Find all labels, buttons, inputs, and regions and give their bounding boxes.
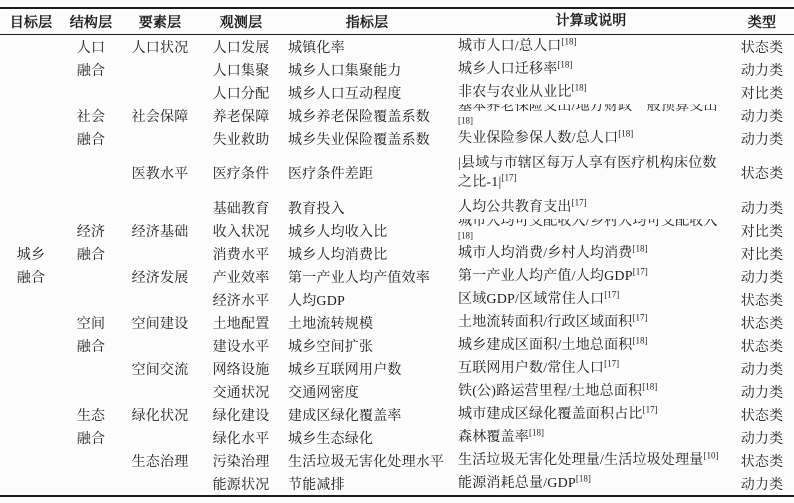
citation-superscript: [18]	[458, 230, 473, 240]
cell-calculation: 区域GDP/区域常住人口[17]	[452, 288, 730, 311]
calculation-text: 非农与农业从业比[18]	[458, 83, 587, 102]
cell-target-layer	[0, 472, 62, 495]
column-header-indicator-layer: 指标层	[282, 9, 452, 34]
cell-type: 动力类	[730, 380, 794, 403]
indicator-system-table: 目标层 结构层 要素层 观测层 指标层 计算或说明 类型 人口 人口状况 人口发…	[0, 7, 794, 497]
citation-superscript: [17]	[572, 197, 587, 207]
cell-type: 状态类	[730, 403, 794, 426]
calculation-text: 铁(公)路运营里程/土地总面积[18]	[458, 382, 657, 401]
cell-target-layer	[0, 311, 62, 334]
citation-superscript: [18]	[562, 36, 577, 46]
calculation-text: 城市人均消费/乡村人均消费[18]	[458, 244, 648, 263]
cell-observation-layer: 人口分配	[200, 81, 282, 104]
cell-structure-layer: 融合	[62, 334, 120, 357]
cell-indicator-layer: 城乡人口集聚能力	[282, 58, 452, 81]
cell-indicator-layer: 交通网密度	[282, 380, 452, 403]
citation-superscript: [18]	[633, 335, 648, 345]
citation-superscript: [18]	[618, 128, 633, 138]
cell-structure-layer: 融合	[62, 127, 120, 150]
table-header-row: 目标层 结构层 要素层 观测层 指标层 计算或说明 类型	[0, 9, 794, 35]
column-header-calculation: 计算或说明	[452, 9, 730, 34]
cell-indicator-layer: 城乡空间扩张	[282, 334, 452, 357]
cell-structure-layer: 融合	[62, 426, 120, 449]
cell-structure-layer: 生态	[62, 403, 120, 426]
cell-observation-layer: 网络设施	[200, 357, 282, 380]
calculation-text: 生活垃圾无害化处理量/生活垃圾处理量[10]	[458, 451, 719, 470]
cell-target-layer	[0, 426, 62, 449]
cell-calculation: 互联网用户数/常住人口[17]	[452, 357, 730, 380]
calculation-text: 城市人均可支配收入/乡村人均可支配收入[18]	[458, 219, 726, 242]
cell-observation-layer: 养老保障	[200, 104, 282, 127]
cell-type: 对比类	[730, 219, 794, 242]
cell-calculation: 城乡建成区面积/土地总面积[18]	[452, 334, 730, 357]
citation-superscript: [17]	[604, 358, 619, 368]
cell-calculation: 非农与农业从业比[18]	[452, 81, 730, 104]
paper-page: 目标层 结构层 要素层 观测层 指标层 计算或说明 类型 人口 人口状况 人口发…	[0, 0, 794, 503]
table-row: 融合 绿化水平 城乡生态绿化 森林覆盖率[18] 动力类	[0, 426, 794, 449]
cell-type: 状态类	[730, 150, 794, 196]
cell-structure-layer	[62, 150, 120, 196]
cell-calculation: 城市建成区绿化覆盖面积占比[17]	[452, 403, 730, 426]
calculation-text: 能源消耗总量/GDP[18]	[458, 474, 591, 493]
column-header-observation-layer: 观测层	[200, 9, 282, 34]
citation-superscript: [18]	[458, 115, 473, 125]
cell-element-layer	[120, 196, 200, 219]
cell-element-layer	[120, 242, 200, 265]
cell-element-layer: 生态治理	[120, 449, 200, 472]
cell-structure-layer	[62, 357, 120, 380]
cell-indicator-layer: 城乡人均消费比	[282, 242, 452, 265]
cell-type: 动力类	[730, 196, 794, 219]
cell-observation-layer: 消费水平	[200, 242, 282, 265]
cell-type: 动力类	[730, 265, 794, 288]
cell-element-layer: 经济发展	[120, 265, 200, 288]
cell-observation-layer: 收入状况	[200, 219, 282, 242]
cell-type: 状态类	[730, 35, 794, 58]
cell-indicator-layer: 第一产业人均产值效率	[282, 265, 452, 288]
cell-calculation: 基本养老保险支出/地方财政一般预算支出[18]	[452, 104, 730, 127]
table-body: 人口 人口状况 人口发展 城镇化率 城市人口/总人口[18] 状态类 融合 人口…	[0, 35, 794, 495]
cell-calculation: 城市人均消费/乡村人均消费[18]	[452, 242, 730, 265]
table-row: 融合 建设水平 城乡空间扩张 城乡建成区面积/土地总面积[18] 状态类	[0, 334, 794, 357]
cell-target-layer	[0, 403, 62, 426]
cell-element-layer	[120, 426, 200, 449]
cell-observation-layer: 建设水平	[200, 334, 282, 357]
cell-observation-layer: 能源状况	[200, 472, 282, 495]
table-row: 空间交流 网络设施 城乡互联网用户数 互联网用户数/常住人口[17] 动力类	[0, 357, 794, 380]
cell-calculation: 城乡人口迁移率[18]	[452, 58, 730, 81]
table-row: 城乡 融合 消费水平 城乡人均消费比 城市人均消费/乡村人均消费[18] 对比类	[0, 242, 794, 265]
calculation-text: 区域GDP/区域常住人口[17]	[458, 290, 619, 309]
cell-element-layer: 空间建设	[120, 311, 200, 334]
table-row: 生态治理 污染治理 生活垃圾无害化处理水平 生活垃圾无害化处理量/生活垃圾处理量…	[0, 449, 794, 472]
cell-element-layer	[120, 380, 200, 403]
cell-target-layer	[0, 104, 62, 127]
calculation-text: 人均公共教育支出[17]	[458, 198, 587, 217]
cell-observation-layer: 失业救助	[200, 127, 282, 150]
cell-indicator-layer: 土地流转规模	[282, 311, 452, 334]
cell-target-layer	[0, 380, 62, 403]
table-row: 融合 人口集聚 城乡人口集聚能力 城乡人口迁移率[18] 动力类	[0, 58, 794, 81]
citation-superscript: [10]	[704, 450, 719, 460]
calculation-text: 城市人口/总人口[18]	[458, 37, 577, 56]
cell-structure-layer	[62, 472, 120, 495]
table-row: 空间 空间建设 土地配置 土地流转规模 土地流转面积/行政区域面积[17] 状态…	[0, 311, 794, 334]
citation-superscript: [18]	[572, 82, 587, 92]
cell-type: 对比类	[730, 242, 794, 265]
table-row: 人口 人口状况 人口发展 城镇化率 城市人口/总人口[18] 状态类	[0, 35, 794, 58]
cell-element-layer: 经济基础	[120, 219, 200, 242]
cell-observation-layer: 医疗条件	[200, 150, 282, 196]
calculation-text: 第一产业人均产值/人均GDP[17]	[458, 267, 648, 286]
citation-superscript: [17]	[633, 312, 648, 322]
cell-element-layer: 医教水平	[120, 150, 200, 196]
cell-indicator-layer: 城乡人均收入比	[282, 219, 452, 242]
cell-indicator-layer: 城乡养老保险覆盖系数	[282, 104, 452, 127]
cell-indicator-layer: 人均GDP	[282, 288, 452, 311]
cell-element-layer	[120, 472, 200, 495]
calculation-text: 城市建成区绿化覆盖面积占比[17]	[458, 405, 658, 424]
cell-calculation: 土地流转面积/行政区域面积[17]	[452, 311, 730, 334]
table-row: 融合 经济发展 产业效率 第一产业人均产值效率 第一产业人均产值/人均GDP[1…	[0, 265, 794, 288]
cell-calculation: 人均公共教育支出[17]	[452, 196, 730, 219]
table-row: 医教水平 医疗条件 医疗条件差距 |县域与市辖区每万人享有医疗机构床位数之比-1…	[0, 150, 794, 196]
cell-target-layer: 融合	[0, 265, 62, 288]
column-header-element-layer: 要素层	[120, 9, 200, 34]
cell-target-layer	[0, 150, 62, 196]
cell-type: 状态类	[730, 449, 794, 472]
cell-calculation: 失业保险参保人数/总人口[18]	[452, 127, 730, 150]
cell-observation-layer: 经济水平	[200, 288, 282, 311]
cell-structure-layer	[62, 265, 120, 288]
cell-element-layer: 绿化状况	[120, 403, 200, 426]
cell-observation-layer: 绿化水平	[200, 426, 282, 449]
cell-structure-layer	[62, 196, 120, 219]
cell-target-layer	[0, 357, 62, 380]
calculation-text: 城乡建成区面积/土地总面积[18]	[458, 336, 648, 355]
cell-element-layer: 社会保障	[120, 104, 200, 127]
cell-type: 状态类	[730, 288, 794, 311]
calculation-text: |县域与市辖区每万人享有医疗机构床位数之比-1|[17]	[458, 154, 726, 192]
cell-type: 动力类	[730, 426, 794, 449]
cell-target-layer	[0, 58, 62, 81]
cell-calculation: 能源消耗总量/GDP[18]	[452, 472, 730, 495]
cell-type: 对比类	[730, 81, 794, 104]
table-row: 社会 社会保障 养老保障 城乡养老保险覆盖系数 基本养老保险支出/地方财政一般预…	[0, 104, 794, 127]
cell-type: 动力类	[730, 58, 794, 81]
cell-structure-layer	[62, 380, 120, 403]
citation-superscript: [17]	[643, 404, 658, 414]
cell-observation-layer: 绿化建设	[200, 403, 282, 426]
table-row: 能源状况 节能减排 能源消耗总量/GDP[18] 动力类	[0, 472, 794, 495]
cell-type: 动力类	[730, 104, 794, 127]
cell-element-layer: 人口状况	[120, 35, 200, 58]
calculation-text: 城乡人口迁移率[18]	[458, 60, 572, 79]
cell-observation-layer: 人口集聚	[200, 58, 282, 81]
cell-type: 动力类	[730, 127, 794, 150]
citation-superscript: [17]	[633, 266, 648, 276]
cell-element-layer	[120, 334, 200, 357]
calculation-text: 互联网用户数/常住人口[17]	[458, 359, 619, 378]
table-row: 融合 失业救助 城乡失业保险覆盖系数 失业保险参保人数/总人口[18] 动力类	[0, 127, 794, 150]
cell-target-layer	[0, 35, 62, 58]
column-header-target-layer: 目标层	[0, 9, 62, 34]
cell-target-layer	[0, 127, 62, 150]
cell-type: 动力类	[730, 472, 794, 495]
calculation-text: 土地流转面积/行政区域面积[17]	[458, 313, 648, 332]
cell-calculation: 城市人口/总人口[18]	[452, 35, 730, 58]
citation-superscript: [18]	[633, 243, 648, 253]
cell-indicator-layer: 城镇化率	[282, 35, 452, 58]
citation-superscript: [17]	[501, 172, 516, 182]
cell-type: 状态类	[730, 311, 794, 334]
citation-superscript: [18]	[576, 473, 591, 483]
cell-indicator-layer: 教育投入	[282, 196, 452, 219]
cell-calculation: 森林覆盖率[18]	[452, 426, 730, 449]
cell-calculation: 城市人均可支配收入/乡村人均可支配收入[18]	[452, 219, 730, 242]
cell-indicator-layer: 城乡互联网用户数	[282, 357, 452, 380]
citation-superscript: [18]	[529, 427, 544, 437]
cell-target-layer	[0, 449, 62, 472]
cell-indicator-layer: 城乡生态绿化	[282, 426, 452, 449]
cell-structure-layer	[62, 449, 120, 472]
cell-structure-layer	[62, 81, 120, 104]
cell-structure-layer: 经济	[62, 219, 120, 242]
table-row: 人口分配 城乡人口互动程度 非农与农业从业比[18] 对比类	[0, 81, 794, 104]
cell-target-layer	[0, 219, 62, 242]
column-header-structure-layer: 结构层	[62, 9, 120, 34]
cell-type: 状态类	[730, 334, 794, 357]
cell-observation-layer: 产业效率	[200, 265, 282, 288]
cell-observation-layer: 污染治理	[200, 449, 282, 472]
cell-indicator-layer: 城乡失业保险覆盖系数	[282, 127, 452, 150]
cell-element-layer	[120, 81, 200, 104]
column-header-type: 类型	[730, 9, 794, 34]
citation-superscript: [17]	[604, 289, 619, 299]
cell-calculation: 第一产业人均产值/人均GDP[17]	[452, 265, 730, 288]
table-row: 经济水平 人均GDP 区域GDP/区域常住人口[17] 状态类	[0, 288, 794, 311]
cell-element-layer: 空间交流	[120, 357, 200, 380]
cell-type: 动力类	[730, 357, 794, 380]
cell-element-layer	[120, 127, 200, 150]
calculation-text: 失业保险参保人数/总人口[18]	[458, 129, 633, 148]
cell-target-layer	[0, 196, 62, 219]
calculation-text: 森林覆盖率[18]	[458, 428, 544, 447]
cell-structure-layer: 人口	[62, 35, 120, 58]
cell-structure-layer	[62, 288, 120, 311]
cell-observation-layer: 土地配置	[200, 311, 282, 334]
cell-element-layer	[120, 288, 200, 311]
cell-indicator-layer: 生活垃圾无害化处理水平	[282, 449, 452, 472]
calculation-text: 基本养老保险支出/地方财政一般预算支出[18]	[458, 104, 726, 127]
table-row: 生态 绿化状况 绿化建设 建成区绿化覆盖率 城市建成区绿化覆盖面积占比[17] …	[0, 403, 794, 426]
cell-observation-layer: 交通状况	[200, 380, 282, 403]
cell-observation-layer: 人口发展	[200, 35, 282, 58]
cell-indicator-layer: 医疗条件差距	[282, 150, 452, 196]
cell-observation-layer: 基础教育	[200, 196, 282, 219]
cell-structure-layer: 空间	[62, 311, 120, 334]
table-row: 交通状况 交通网密度 铁(公)路运营里程/土地总面积[18] 动力类	[0, 380, 794, 403]
cell-calculation: 铁(公)路运营里程/土地总面积[18]	[452, 380, 730, 403]
cell-target-layer	[0, 288, 62, 311]
cell-structure-layer: 融合	[62, 242, 120, 265]
cell-indicator-layer: 建成区绿化覆盖率	[282, 403, 452, 426]
citation-superscript: [18]	[642, 381, 657, 391]
cell-calculation: |县域与市辖区每万人享有医疗机构床位数之比-1|[17]	[452, 150, 730, 196]
citation-superscript: [18]	[557, 59, 572, 69]
table-row: 基础教育 教育投入 人均公共教育支出[17] 动力类	[0, 196, 794, 219]
cell-target-layer	[0, 81, 62, 104]
cell-element-layer	[120, 58, 200, 81]
cell-indicator-layer: 城乡人口互动程度	[282, 81, 452, 104]
cell-indicator-layer: 节能减排	[282, 472, 452, 495]
cell-target-layer	[0, 334, 62, 357]
table-row: 经济 经济基础 收入状况 城乡人均收入比 城市人均可支配收入/乡村人均可支配收入…	[0, 219, 794, 242]
cell-structure-layer: 融合	[62, 58, 120, 81]
cell-calculation: 生活垃圾无害化处理量/生活垃圾处理量[10]	[452, 449, 730, 472]
cell-target-layer: 城乡	[0, 242, 62, 265]
cell-structure-layer: 社会	[62, 104, 120, 127]
